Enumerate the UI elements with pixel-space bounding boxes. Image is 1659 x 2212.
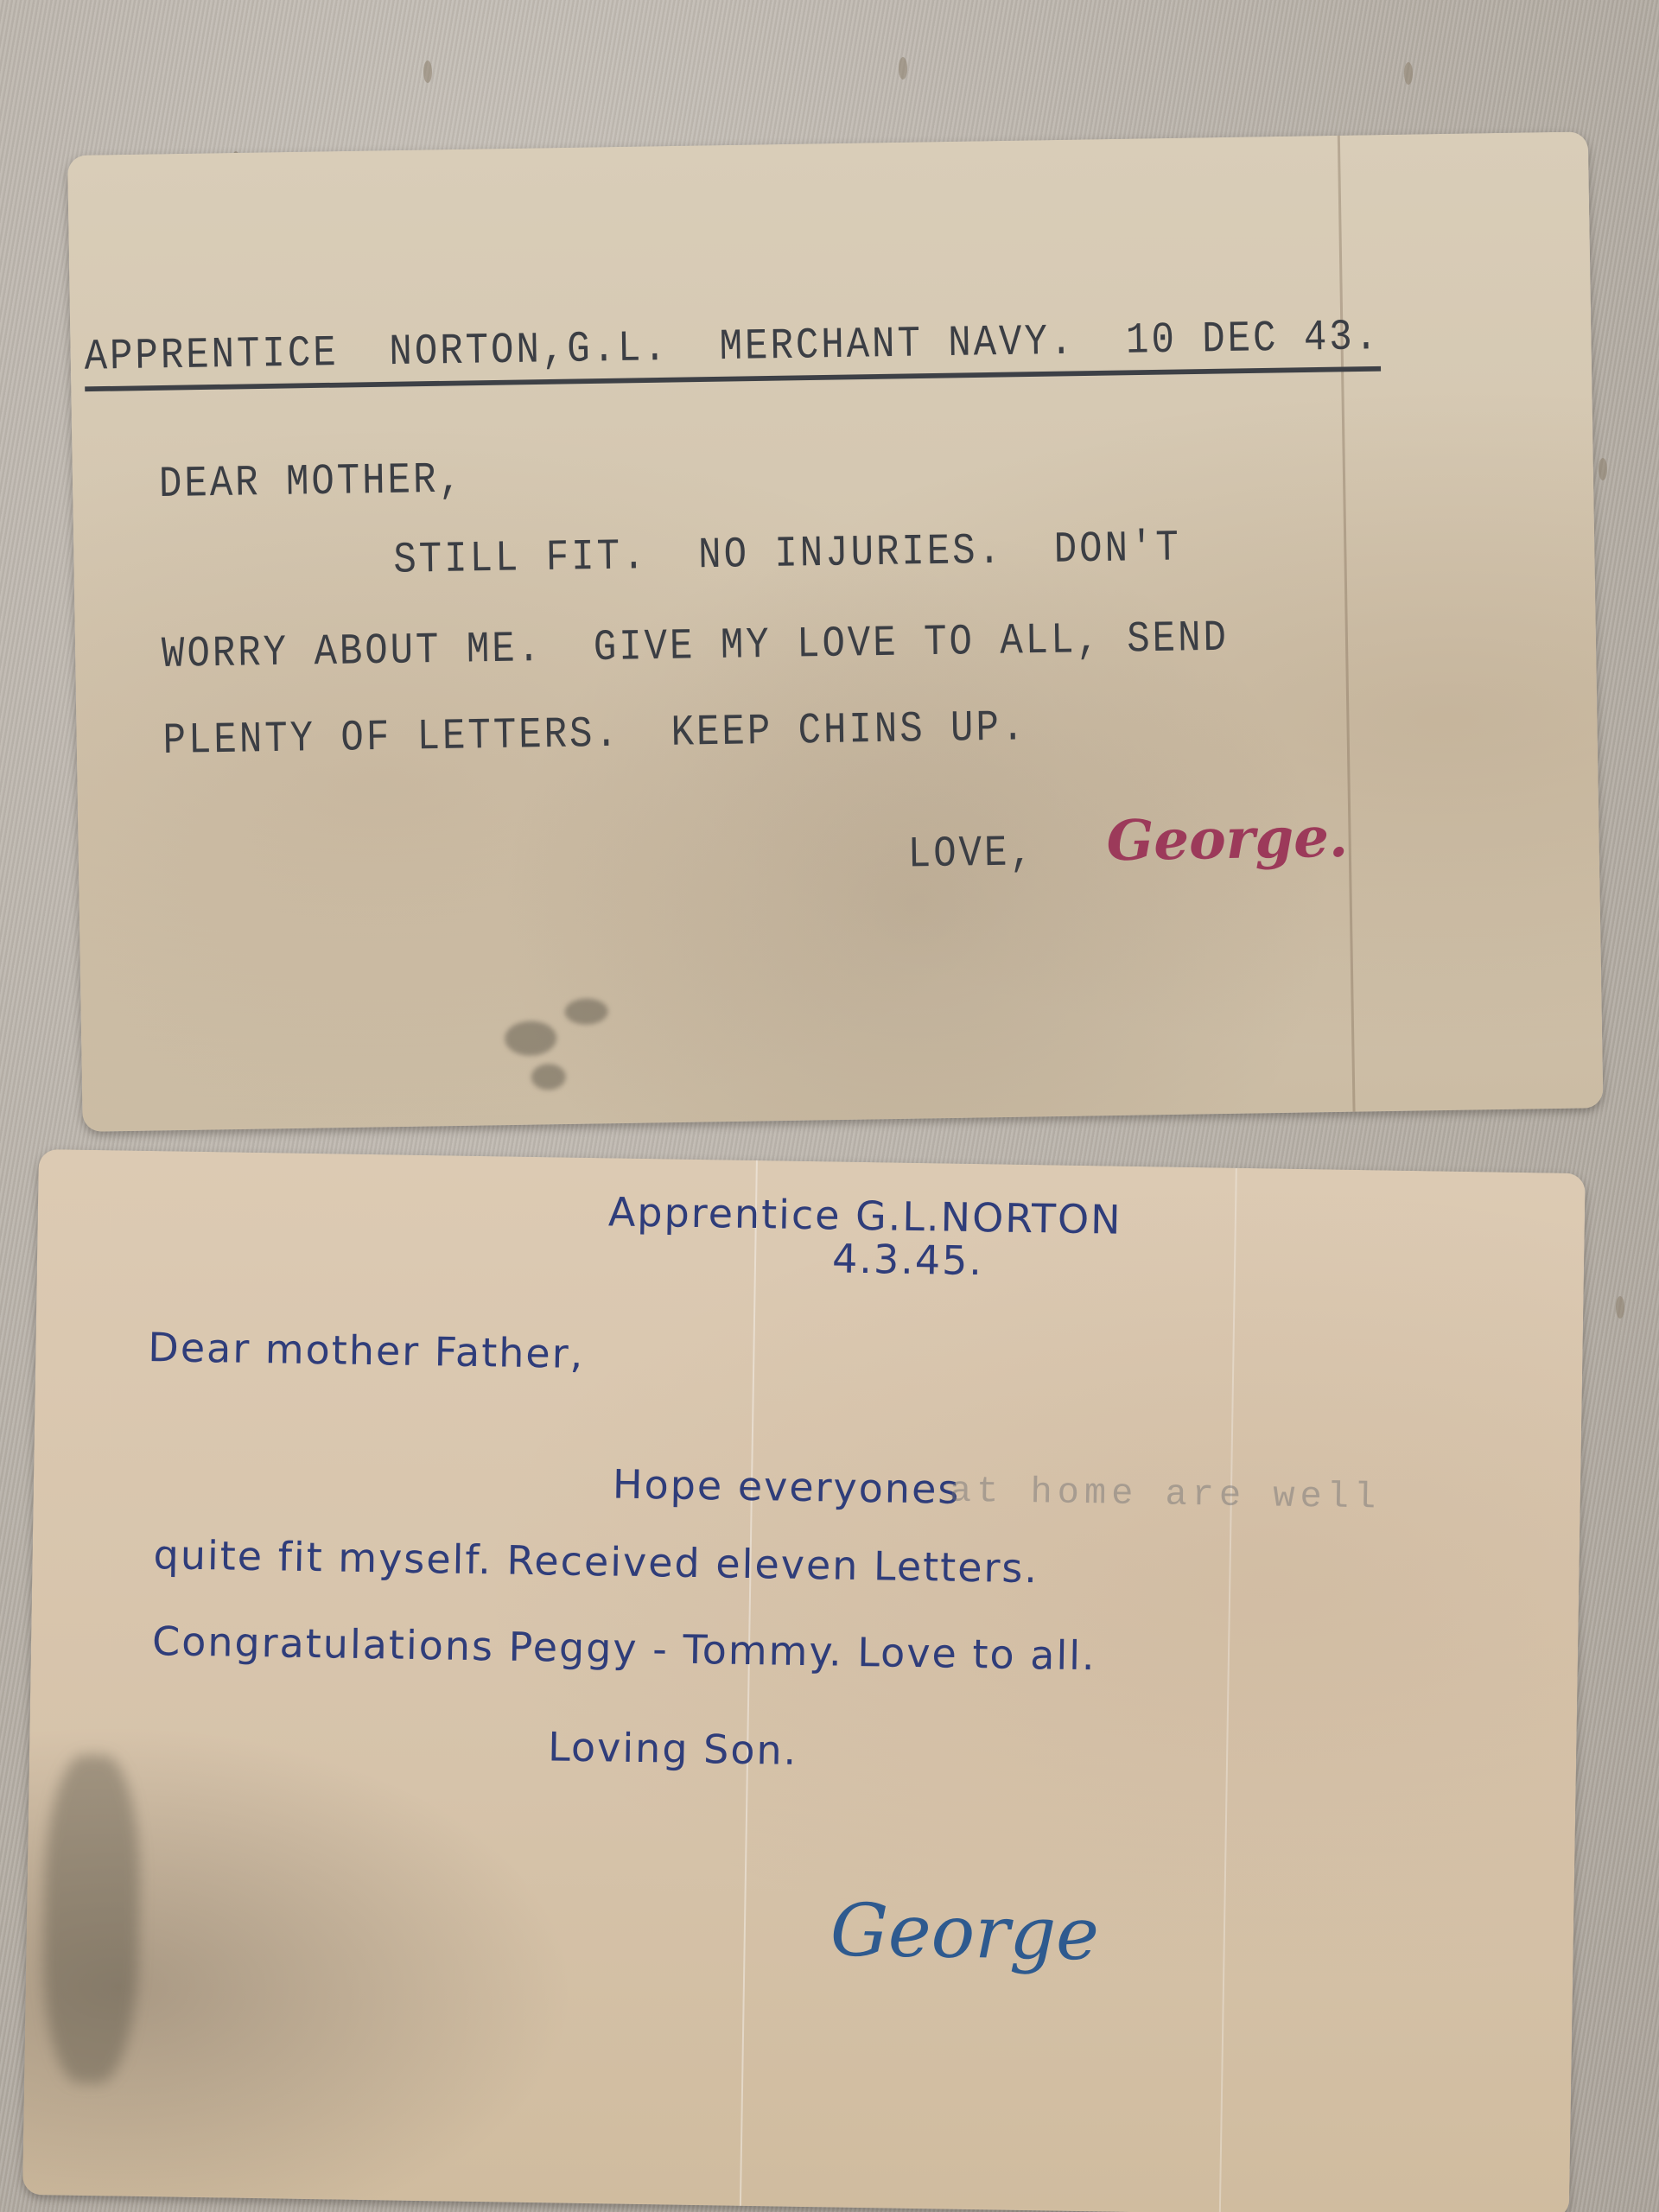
- faded-typed-text: at home are well: [950, 1471, 1382, 1519]
- fabric-fleck: [899, 57, 907, 79]
- card-stain: [505, 1020, 557, 1056]
- mould-spots: [41, 1754, 142, 2084]
- signature-red: George.: [1106, 805, 1349, 874]
- fabric-fleck: [1599, 458, 1607, 480]
- salutation: DEAR MOTHER,: [159, 455, 465, 510]
- card-stain: [531, 1064, 566, 1090]
- body-line-3: Congratulations Peggy - Tommy. Love to a…: [152, 1618, 1096, 1679]
- card-header-date: 4.3.45.: [832, 1235, 984, 1284]
- handwritten-postcard: Apprentice G.L.NORTON 4.3.45. Dear mothe…: [22, 1149, 1586, 2212]
- card-crease: [1338, 136, 1356, 1112]
- fabric-fleck: [423, 60, 432, 83]
- salutation: Dear mother Father,: [148, 1324, 585, 1377]
- body-line-2: WORRY ABOUT ME. GIVE MY LOVE TO ALL, SEN…: [162, 613, 1230, 680]
- card-crease: [740, 1160, 758, 2206]
- body-line-3: PLENTY OF LETTERS. KEEP CHINS UP.: [162, 703, 1027, 766]
- body-line-1: STILL FIT. NO INJURIES. DON'T: [393, 524, 1181, 586]
- card-stain: [564, 998, 607, 1025]
- fabric-fleck: [1616, 1296, 1624, 1319]
- body-line-2: quite fit myself. Received eleven Letter…: [153, 1531, 1039, 1592]
- signature-blue: George: [829, 1888, 1100, 1977]
- body-line-1: Hope everyones: [613, 1460, 961, 1512]
- closing: LOVE,: [907, 829, 1035, 880]
- card-crease: [1219, 1168, 1237, 2212]
- body-line-4: Loving Son.: [548, 1723, 798, 1774]
- fabric-fleck: [1404, 62, 1413, 85]
- card-header: APPRENTICE NORTON,G.L. MERCHANT NAVY. 10…: [84, 313, 1381, 391]
- typewritten-postcard: APPRENTICE NORTON,G.L. MERCHANT NAVY. 10…: [67, 131, 1604, 1132]
